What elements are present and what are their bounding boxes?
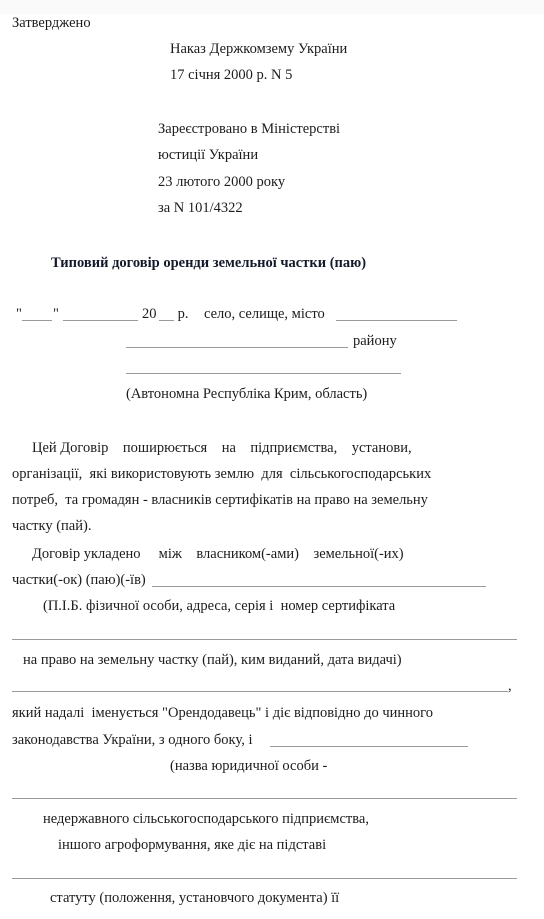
paragraph1-line1: Цей Договір поширюється на підприємства,… (32, 439, 412, 457)
registration-line4: за N 101/4322 (158, 199, 243, 217)
year-prefix: 20 (142, 305, 157, 323)
owner-hint-line1: (П.І.Б. фізичної особи, адреса, серія і … (43, 597, 395, 615)
owner-hint-line2: на право на земельну частку (пай), ким в… (23, 651, 402, 669)
lessee-details-blank-line1[interactable] (12, 798, 517, 799)
lessee-hint-line4: статуту (положення, установчого документ… (50, 889, 339, 907)
lessee-hint-line2: недержавного сільськогосподарського підп… (43, 810, 369, 828)
registration-line2: юстиції України (158, 146, 258, 164)
date-quote-close: " (53, 305, 59, 323)
approval-order-line2: 17 січня 2000 р. N 5 (170, 66, 292, 84)
approval-label: Затверджено (12, 14, 91, 32)
approval-order-line1: Наказ Держкомзему України (170, 40, 347, 58)
district-blank-line[interactable] (126, 347, 348, 348)
registration-line3: 23 лютого 2000 року (158, 173, 285, 191)
region-blank-line[interactable] (126, 373, 401, 374)
region-hint: (Автономна Республіка Крим, область) (126, 385, 367, 403)
month-blank-line[interactable] (63, 320, 138, 321)
year-suffix: р. (174, 305, 189, 323)
paragraph2-line4: законодавства України, з одного боку, і (12, 731, 252, 749)
lessee-hint-line1: (назва юридичної особи - (170, 757, 327, 775)
lessee-blank-line[interactable] (270, 746, 468, 747)
document-title: Типовий договір оренди земельної частки … (51, 254, 366, 272)
paragraph1-line2: організації, які використовують землю дл… (12, 465, 431, 483)
registration-line1: Зареєстровано в Міністерстві (158, 120, 340, 138)
paragraph1-line4: частку (пай). (12, 517, 91, 535)
lessee-hint-line3: іншого агроформування, яке діє на підста… (58, 836, 326, 854)
day-blank-line[interactable] (22, 320, 52, 321)
paragraph2-line3: який надалі іменується "Орендодавець" і … (12, 704, 433, 722)
owner-blank-line[interactable] (152, 586, 486, 587)
place-blank-line[interactable] (336, 320, 457, 321)
year-blank-line[interactable] (159, 320, 174, 321)
owner-details-comma: , (508, 677, 512, 695)
owner-details-blank-line1[interactable] (12, 639, 517, 640)
page-top-band (0, 0, 544, 14)
paragraph1-line3: потреб, та громадян - власників сертифік… (12, 491, 428, 509)
lessee-details-blank-line2[interactable] (12, 878, 517, 879)
place-label: село, селище, місто (204, 305, 325, 323)
paragraph2-line2: частки(-ок) (паю)(-їв) (12, 571, 146, 589)
owner-details-blank-line2[interactable] (12, 691, 508, 692)
paragraph2-line1: Договір укладено між власником(-ами) зем… (32, 545, 404, 563)
district-label: району (353, 332, 397, 350)
